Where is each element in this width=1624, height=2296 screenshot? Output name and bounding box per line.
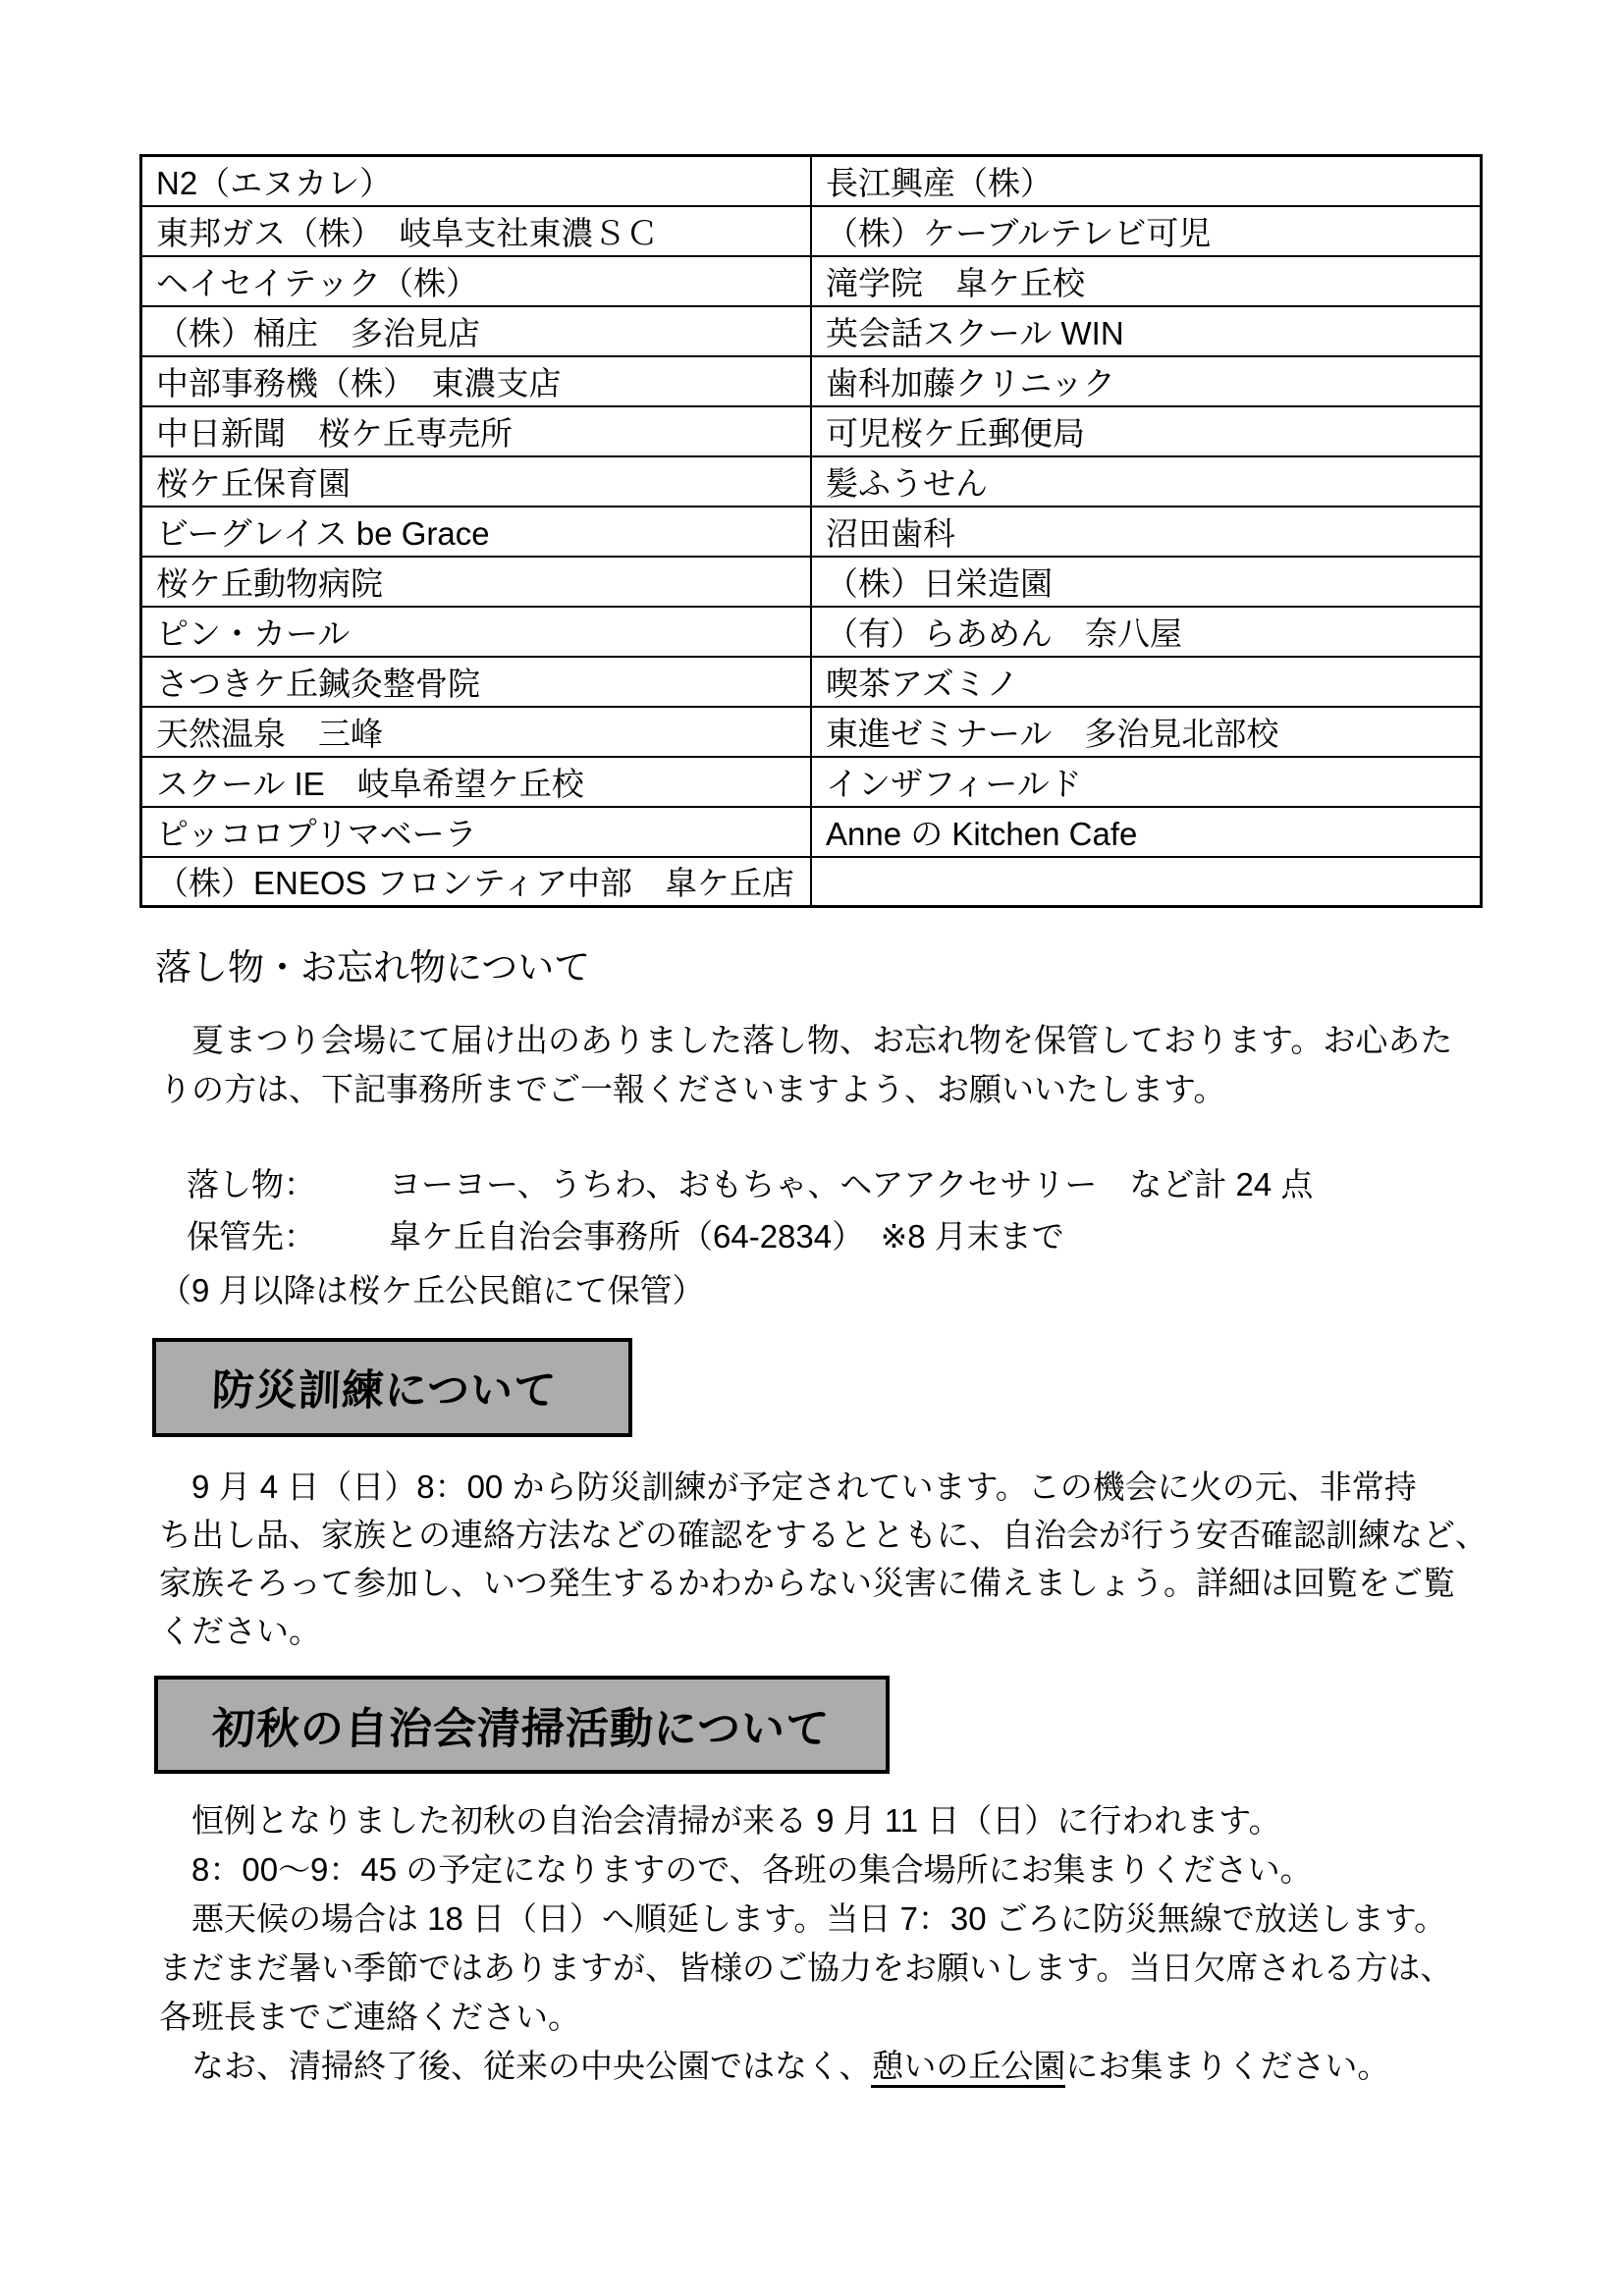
item-label: 保管先： [187,1210,389,1262]
lost-items-heading: 落し物・お忘れ物について [155,937,590,990]
sponsor-cell: ヘイセイテック（株） [141,256,812,306]
text-line: ください。 [159,1607,1488,1655]
table-row: 天然温泉 三峰東進ゼミナール 多治見北部校 [141,707,1482,757]
disaster-drill-title: 防災訓練について [155,1358,558,1417]
text-line: 9 月 4 日（日）8：00 から防災訓練が予定されています。この機会に火の元、… [159,1463,1488,1511]
table-row: 桜ケ丘保育園髪ふうせん [141,456,1482,507]
sponsor-cell: 英会話スクール WIN [811,306,1482,356]
text-line: まだまだ暑い季節ではありますが、皆様のご協力をお願いします。当日欠席される方は、 [159,1944,1452,1993]
disaster-drill-paragraph: 9 月 4 日（日）8：00 から防災訓練が予定されています。この機会に火の元、… [159,1463,1488,1655]
sponsor-cell: （株）桶庄 多治見店 [141,306,812,356]
sponsor-cell: ピッコロプリマベーラ [141,807,812,857]
sponsor-cell: 東進ゼミナール 多治見北部校 [811,707,1482,757]
lost-items-paragraph: 夏まつり会場にて届け出のありました落し物、お忘れ物を保管しております。お心あた … [159,1016,1452,1114]
item-value: 皐ケ丘自治会事務所（64-2834） ※8 月末まで [389,1218,1064,1255]
table-row: ヘイセイテック（株）滝学院 皐ケ丘校 [141,256,1482,306]
sponsor-cell: Anne の Kitchen Cafe [811,807,1482,857]
storage-note: （9 月以降は桜ケ丘公民館にて保管） [159,1265,705,1311]
table-row: ピッコロプリマベーラAnne の Kitchen Cafe [141,807,1482,857]
text-line: 悪天候の場合は 18 日（日）へ順延します。当日 7：30 ごろに防災無線で放送… [159,1895,1452,1944]
text-line: 家族そろって参加し、いつ発生するかわからない災害に備えましょう。詳細は回覧をご覧 [159,1559,1488,1607]
sponsor-cell: 沼田歯科 [811,507,1482,557]
text-line: 8：00～9：45 の予定になりますので、各班の集合場所にお集まりください。 [159,1845,1452,1895]
table-row: （株）ENEOS フロンティア中部 皐ケ丘店 [141,857,1482,907]
table-row: 中日新聞 桜ケ丘専売所可児桜ケ丘郵便局 [141,406,1482,456]
table-row: 中部事務機（株） 東濃支店歯科加藤クリニック [141,356,1482,406]
sponsor-cell: 歯科加藤クリニック [811,356,1482,406]
text-line: 夏まつり会場にて届け出のありました落し物、お忘れ物を保管しております。お心あた [159,1016,1452,1065]
text-line: ち出し品、家族との連絡方法などの確認をするとともに、自治会が行う安否確認訓練など… [159,1511,1488,1559]
table-row: 桜ケ丘動物病院（株）日栄造園 [141,557,1482,607]
sponsor-cell: 可児桜ケ丘郵便局 [811,406,1482,456]
newsletter-page: N2（エヌカレ）長江興産（株） 東邦ガス（株） 岐阜支社東濃ＳＣ（株）ケーブルテ… [0,0,1624,2296]
sponsor-cell: 中日新聞 桜ケ丘専売所 [141,406,812,456]
table-row: 東邦ガス（株） 岐阜支社東濃ＳＣ（株）ケーブルテレビ可児 [141,206,1482,256]
table-row: ピン・カール（有）らあめん 奈八屋 [141,607,1482,657]
sponsor-cell: 天然温泉 三峰 [141,707,812,757]
text-line: りの方は、下記事務所までご一報くださいますよう、お願いいたします。 [159,1065,1452,1114]
cleanup-title: 初秋の自治会清掃活動について [157,1693,831,1756]
sponsor-cell: 桜ケ丘動物病院 [141,557,812,607]
sponsor-cell: 滝学院 皐ケ丘校 [811,256,1482,306]
cleanup-title-box: 初秋の自治会清掃活動について [154,1676,890,1774]
disaster-drill-title-box: 防災訓練について [152,1338,632,1437]
table-row: スクール IE 岐阜希望ケ丘校インザフィールド [141,757,1482,807]
item-label: 落し物： [187,1158,389,1210]
table-row: ビーグレイス be Grace沼田歯科 [141,507,1482,557]
sponsor-cell: ビーグレイス be Grace [141,507,812,557]
table-row: N2（エヌカレ）長江興産（株） [141,156,1482,206]
sponsor-cell: （有）らあめん 奈八屋 [811,607,1482,657]
text-segment: なお、清掃終了後、従来の中央公園ではなく、 [191,2048,871,2084]
table-row: さつきケ丘鍼灸整骨院喫茶アズミノ [141,657,1482,707]
sponsor-cell: 中部事務機（株） 東濃支店 [141,356,812,406]
meeting-place-underlined: 憩いの丘公園 [871,2048,1065,2088]
sponsor-table: N2（エヌカレ）長江興産（株） 東邦ガス（株） 岐阜支社東濃ＳＣ（株）ケーブルテ… [139,154,1483,908]
sponsor-cell: （株）ENEOS フロンティア中部 皐ケ丘店 [141,857,812,907]
sponsor-cell: 東邦ガス（株） 岐阜支社東濃ＳＣ [141,206,812,256]
sponsor-cell: 長江興産（株） [811,156,1482,206]
sponsor-cell: （株）日栄造園 [811,557,1482,607]
text-line: 各班長までご連絡ください。 [159,1993,1452,2042]
sponsor-cell: 髪ふうせん [811,456,1482,507]
sponsor-cell: 桜ケ丘保育園 [141,456,812,507]
sponsor-cell [811,857,1482,907]
text-segment: にお集まりください。 [1065,2048,1389,2084]
text-line: 恒例となりました初秋の自治会清掃が来る 9 月 11 日（日）に行われます。 [159,1796,1452,1845]
lost-items-list: 落し物：ヨーヨー、うちわ、おもちゃ、ヘアアクセサリー など計 24 点 保管先：… [187,1158,1313,1262]
storage-line: 保管先：皐ケ丘自治会事務所（64-2834） ※8 月末まで [187,1210,1313,1262]
sponsor-cell: スクール IE 岐阜希望ケ丘校 [141,757,812,807]
sponsor-cell: インザフィールド [811,757,1482,807]
table-row: （株）桶庄 多治見店英会話スクール WIN [141,306,1482,356]
cleanup-paragraph: 恒例となりました初秋の自治会清掃が来る 9 月 11 日（日）に行われます。 8… [159,1796,1452,2091]
item-value: ヨーヨー、うちわ、おもちゃ、ヘアアクセサリー など計 24 点 [389,1166,1313,1202]
lost-item-line: 落し物：ヨーヨー、うちわ、おもちゃ、ヘアアクセサリー など計 24 点 [187,1158,1313,1210]
sponsor-cell: 喫茶アズミノ [811,657,1482,707]
sponsor-cell: N2（エヌカレ） [141,156,812,206]
sponsor-cell: （株）ケーブルテレビ可児 [811,206,1482,256]
sponsor-cell: さつきケ丘鍼灸整骨院 [141,657,812,707]
sponsor-cell: ピン・カール [141,607,812,657]
text-line: なお、清掃終了後、従来の中央公園ではなく、憩いの丘公園にお集まりください。 [159,2042,1452,2091]
